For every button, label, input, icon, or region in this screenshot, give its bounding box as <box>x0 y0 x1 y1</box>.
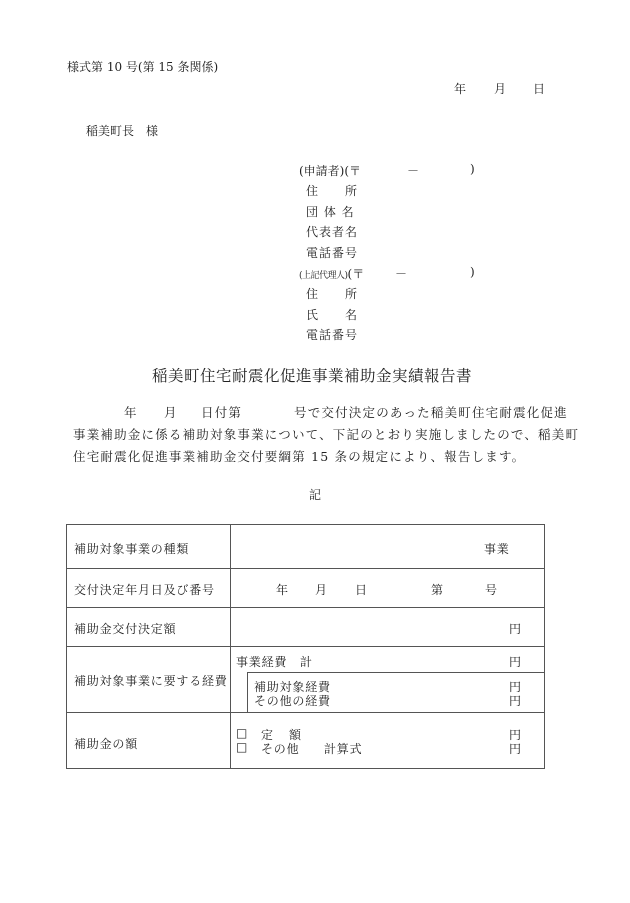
applicant-org-name-label: 団 体 名 <box>306 203 355 220</box>
body-line1: 号で交付決定のあった稲美町住宅耐震化促進 <box>294 402 568 424</box>
body-month: 月 <box>164 402 178 424</box>
row-divider <box>67 568 544 569</box>
agent-heading: (上記代理人)(〒 <box>299 265 364 282</box>
agent-address-label: 住 所 <box>306 285 358 302</box>
applicant-representative-label: 代表者名 <box>306 223 358 240</box>
decision-dai: 第 <box>431 581 444 598</box>
project-type-field[interactable]: 事業 <box>484 540 510 557</box>
row-project-type-label: 補助対象事業の種類 <box>74 540 189 557</box>
other-amount-label: その他 <box>261 740 299 757</box>
applicant-postal-close: ) <box>470 162 475 176</box>
document-title: 稲美町住宅耐震化促進事業補助金実績報告書 <box>152 364 472 386</box>
row-expenses-label: 補助対象事業に要する経費 <box>74 672 228 689</box>
applicant-phone-label: 電話番号 <box>306 244 358 261</box>
yen-unit: 円 <box>509 694 522 708</box>
other-amount-checkbox[interactable]: □ <box>236 740 248 754</box>
applicant-heading: (申請者)(〒 <box>299 162 361 179</box>
agent-postal-close: ) <box>470 265 475 279</box>
decision-month[interactable]: 月 <box>315 581 328 598</box>
total-expense-field[interactable]: 円 <box>509 653 522 670</box>
date-month: 月 <box>494 80 506 97</box>
decision-number[interactable]: 号 <box>485 581 498 598</box>
body-date-suffix: 日付第 <box>201 402 242 424</box>
date-day: 日 <box>533 80 545 97</box>
addressee: 稲美町長 様 <box>86 122 158 139</box>
body-line3: 住宅耐震化促進事業補助金交付要綱第 15 条の規定により、報告します。 <box>73 446 525 468</box>
other-expense-label: その他の経費 <box>254 692 331 709</box>
date-year: 年 <box>454 80 466 97</box>
body-line2: 事業補助金に係る補助対象事業について、下記のとおり実施しましたので、稲美町 <box>73 424 579 446</box>
agent-heading-small: (上記代理人) <box>299 271 348 281</box>
agent-heading-postal: (〒 <box>348 267 365 281</box>
agent-phone-label: 電話番号 <box>306 326 358 343</box>
applicant-postal-dash: － <box>407 162 419 179</box>
total-expense-label: 事業経費 計 <box>236 653 313 670</box>
yen-unit: 円 <box>509 742 522 756</box>
decision-day[interactable]: 日 <box>355 581 368 598</box>
form-number: 様式第 10 号(第 15 条関係) <box>67 58 218 75</box>
applicant-address-label: 住 所 <box>306 182 358 199</box>
row-decision-date-label: 交付決定年月日及び番号 <box>74 581 215 598</box>
sub-expense-box: 補助対象経費 円 その他の経費 円 <box>247 672 545 712</box>
row-divider <box>67 607 544 608</box>
other-amount-field[interactable]: 円 <box>509 740 522 757</box>
formula-label: 計算式 <box>324 740 362 757</box>
agent-postal-dash: － <box>395 265 407 282</box>
other-expense-field[interactable]: 円 <box>509 692 522 709</box>
fixed-amount-checkbox[interactable]: □ <box>236 726 248 740</box>
row-grant-amount-label: 補助金の額 <box>74 735 138 752</box>
project-type-suffix: 事業 <box>484 542 510 556</box>
grant-decision-amount-field[interactable]: 円 <box>509 620 522 637</box>
ki-heading: 記 <box>309 486 321 503</box>
row-divider <box>67 646 544 647</box>
report-table: 補助対象事業の種類 事業 交付決定年月日及び番号 年 月 日 第 号 補助金交付… <box>66 524 545 769</box>
yen-unit: 円 <box>509 655 522 669</box>
agent-name-label: 氏 名 <box>306 306 358 323</box>
row-grant-decision-amount-label: 補助金交付決定額 <box>74 620 176 637</box>
row-divider <box>67 712 544 713</box>
decision-year[interactable]: 年 <box>276 581 289 598</box>
yen-unit: 円 <box>509 622 522 636</box>
body-year: 年 <box>124 402 138 424</box>
